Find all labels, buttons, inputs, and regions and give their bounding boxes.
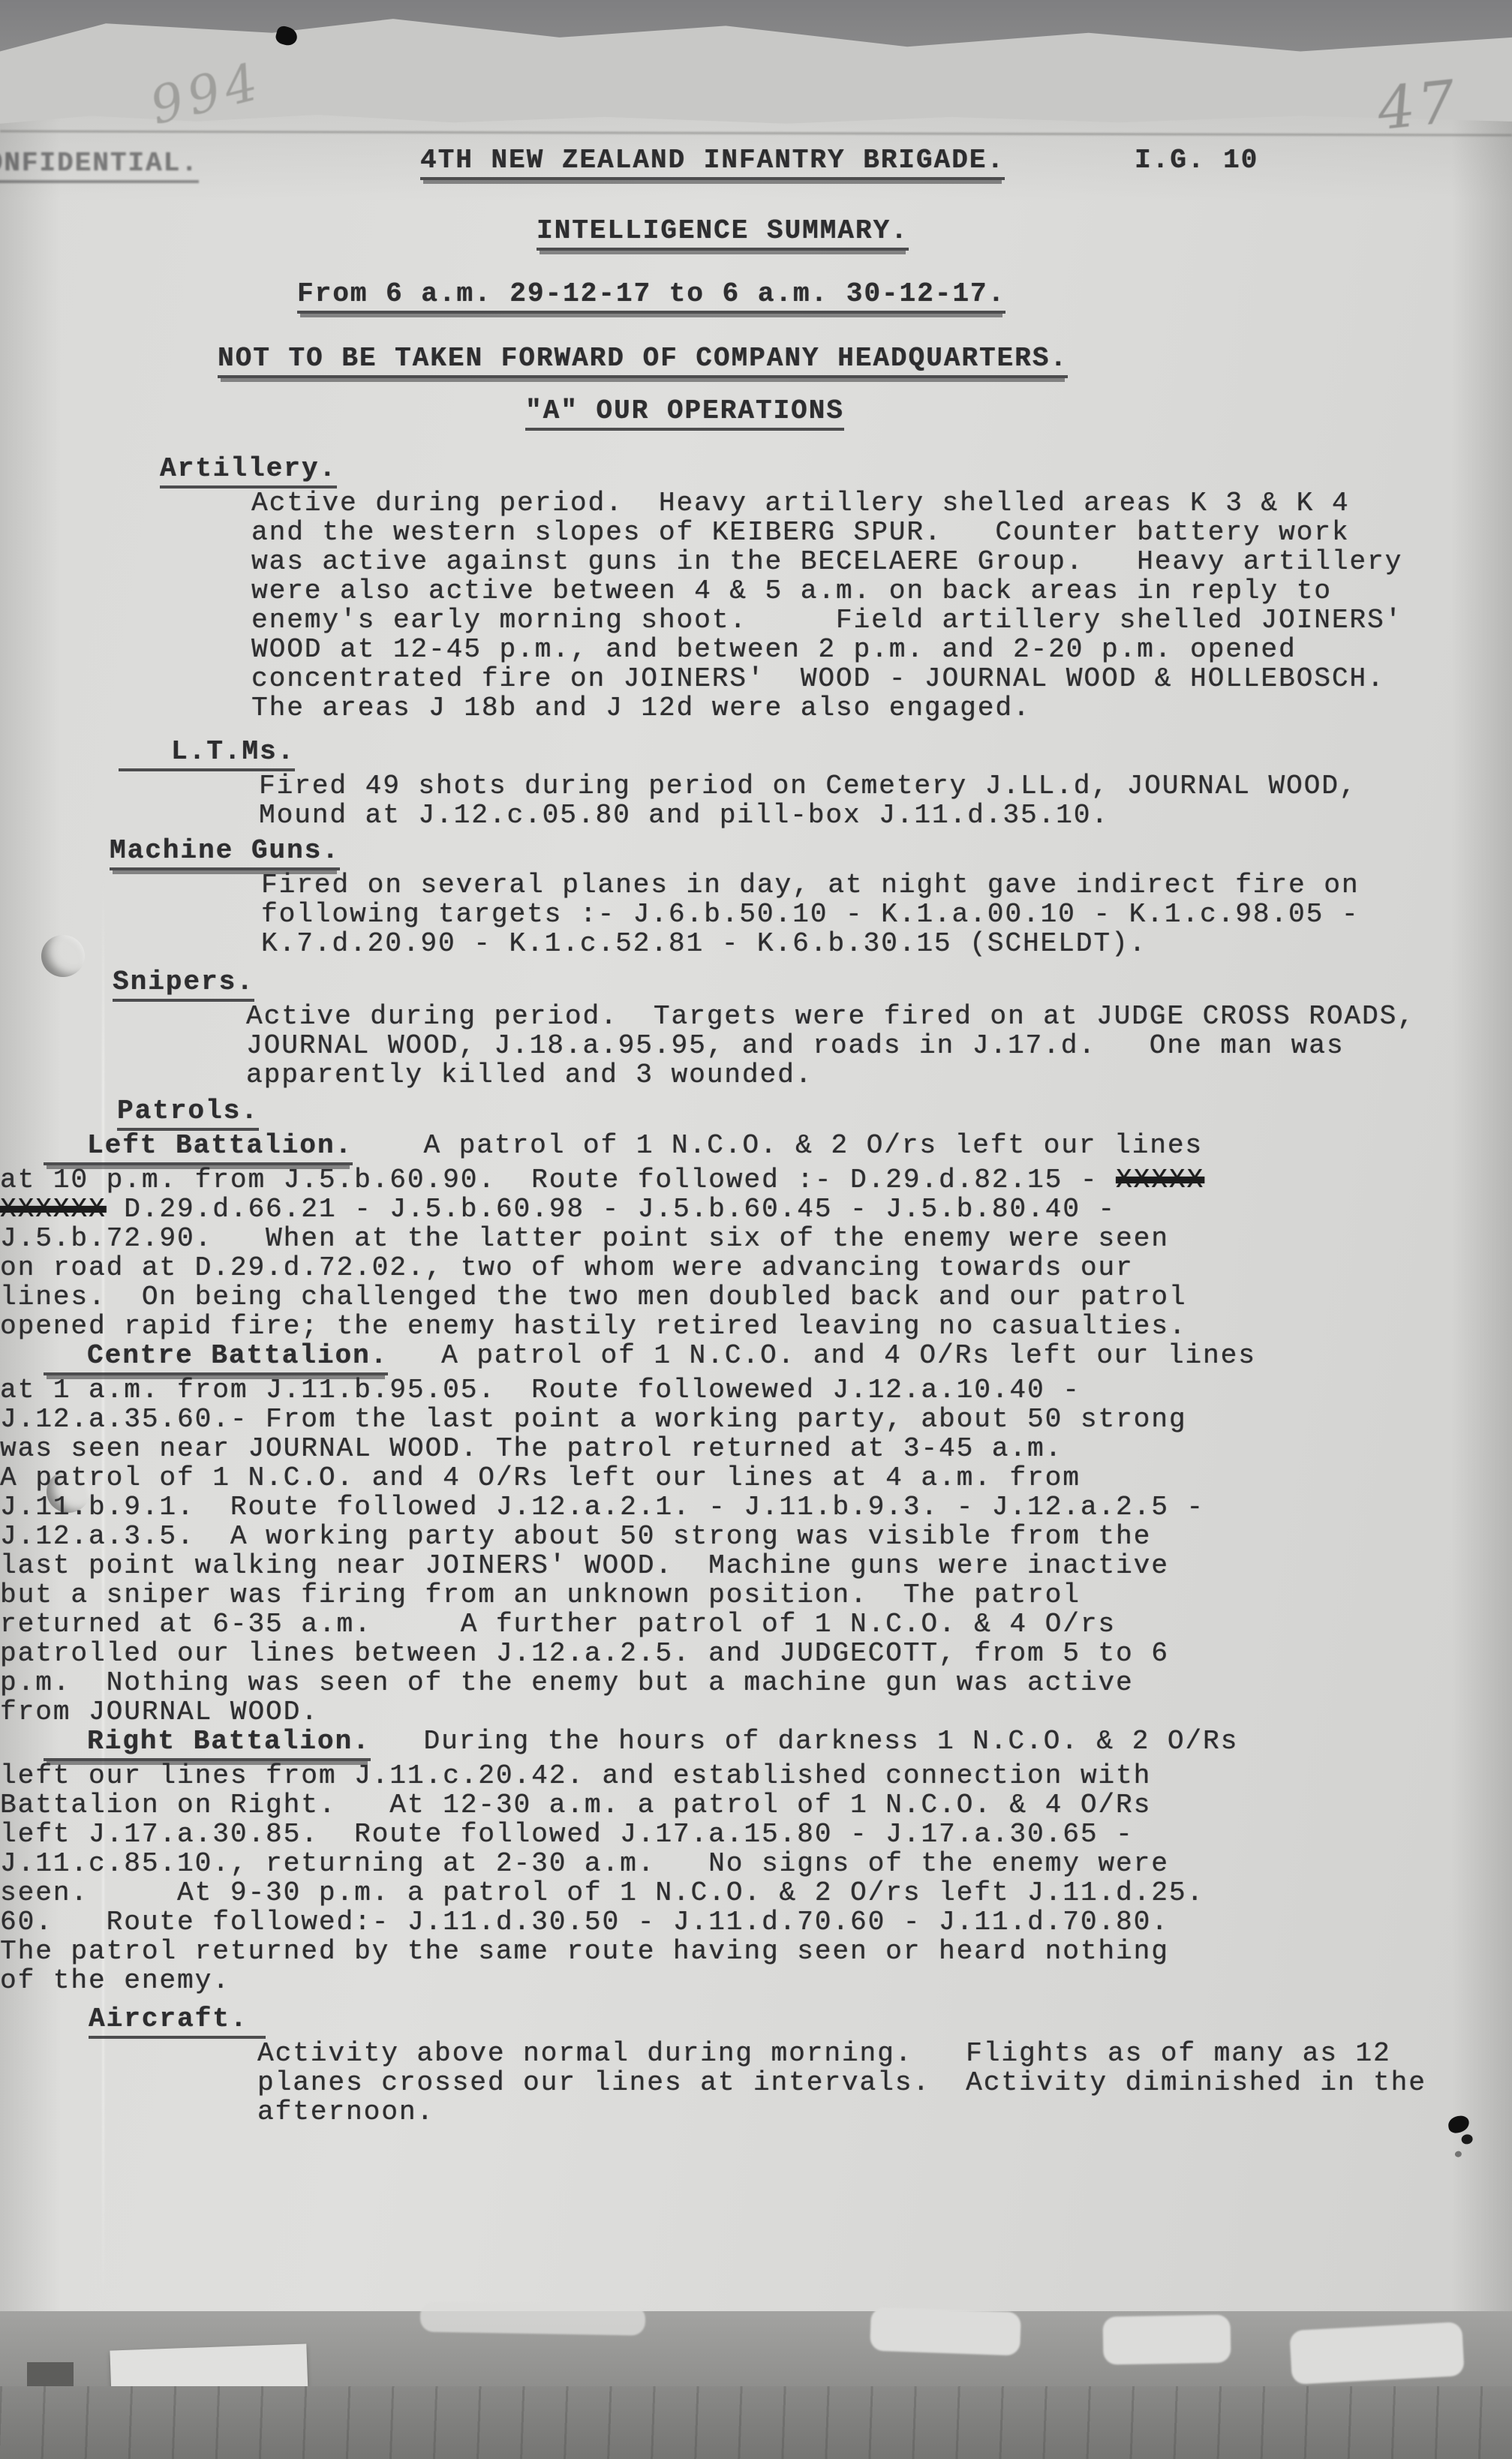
right-battalion-text: During the hours of darkness 1 N.C.O. & … bbox=[0, 1726, 1238, 1996]
typewritten-content: CONFIDENTIAL. 4TH NEW ZEALAND INFANTRY B… bbox=[0, 0, 1512, 2459]
centre-battalion-text: A patrol of 1 N.C.O. and 4 O/Rs left our… bbox=[0, 1340, 1256, 1727]
machine-guns-heading: Machine Guns. bbox=[110, 836, 1512, 870]
distribution-restriction: NOT TO BE TAKEN FORWARD OF COMPANY HEADQ… bbox=[218, 344, 1068, 378]
patrols-heading-text: Patrols. bbox=[117, 1096, 259, 1131]
classification-text: CONFIDENTIAL. bbox=[0, 149, 199, 183]
right-battalion-label: Right Battalion. bbox=[44, 1727, 371, 1761]
snipers-paragraph: Active during period. Targets were fired… bbox=[246, 1002, 1510, 1090]
left-battalion-text-2: D.29.d.66.21 - J.5.b.60.98 - J.5.b.60.45… bbox=[0, 1194, 1186, 1342]
unit-title-text: 4TH NEW ZEALAND INFANTRY BRIGADE. bbox=[420, 146, 1005, 180]
aircraft-heading-text: Aircraft. bbox=[89, 2004, 266, 2039]
reference-number: I.G. 10 bbox=[1135, 146, 1258, 175]
distribution-restriction-text: NOT TO BE TAKEN FORWARD OF COMPANY HEADQ… bbox=[218, 344, 1068, 378]
patrols-heading: Patrols. bbox=[117, 1096, 1512, 1131]
centre-battalion-label: Centre Battalion. bbox=[44, 1341, 388, 1375]
unit-title: 4TH NEW ZEALAND INFANTRY BRIGADE. bbox=[420, 146, 1005, 180]
machine-guns-heading-text: Machine Guns. bbox=[110, 836, 340, 870]
classification-stamp: CONFIDENTIAL. bbox=[0, 149, 199, 183]
document-type: INTELLIGENCE SUMMARY. bbox=[537, 216, 909, 251]
snipers-heading: Snipers. bbox=[113, 967, 1512, 1002]
left-battalion-label: Left Battalion. bbox=[44, 1131, 353, 1165]
patrol-left-battalion: Left Battalion. A patrol of 1 N.C.O. & 2… bbox=[0, 1131, 1264, 1341]
document-scan: 994 47 CONFIDENTIAL. 4TH NEW ZEALAND INF… bbox=[0, 0, 1512, 2459]
struck-text-2: XXXXXX bbox=[0, 1194, 107, 1225]
trench-mortars-paragraph: Fired 49 shots during period on Cemetery… bbox=[259, 771, 1512, 830]
patrol-right-battalion: Right Battalion. During the hours of dar… bbox=[0, 1727, 1264, 1995]
part-heading: "A" OUR OPERATIONS bbox=[525, 396, 844, 431]
artillery-paragraph: Active during period. Heavy artillery sh… bbox=[251, 488, 1512, 723]
aircraft-heading: Aircraft. bbox=[89, 2004, 1512, 2039]
report-period-text: From 6 a.m. 29-12-17 to 6 a.m. 30-12-17. bbox=[297, 279, 1005, 314]
machine-guns-paragraph: Fired on several planes in day, at night… bbox=[261, 870, 1512, 958]
part-heading-text: "A" OUR OPERATIONS bbox=[525, 396, 844, 431]
report-body: Artillery. Active during period. Heavy a… bbox=[0, 454, 1512, 2127]
artillery-heading: Artillery. bbox=[160, 454, 1512, 488]
snipers-heading-text: Snipers. bbox=[113, 967, 254, 1002]
trench-mortars-heading-text: L.T.Ms. bbox=[119, 737, 295, 771]
patrol-centre-battalion: Centre Battalion. A patrol of 1 N.C.O. a… bbox=[0, 1341, 1264, 1727]
report-period: From 6 a.m. 29-12-17 to 6 a.m. 30-12-17. bbox=[297, 279, 1005, 314]
trench-mortars-heading: L.T.Ms. bbox=[119, 737, 1512, 771]
aircraft-paragraph: Activity above normal during morning. Fl… bbox=[257, 2039, 1512, 2127]
struck-text-1: XXXXX bbox=[1116, 1165, 1204, 1195]
artillery-heading-text: Artillery. bbox=[160, 454, 337, 488]
document-type-text: INTELLIGENCE SUMMARY. bbox=[537, 216, 909, 251]
